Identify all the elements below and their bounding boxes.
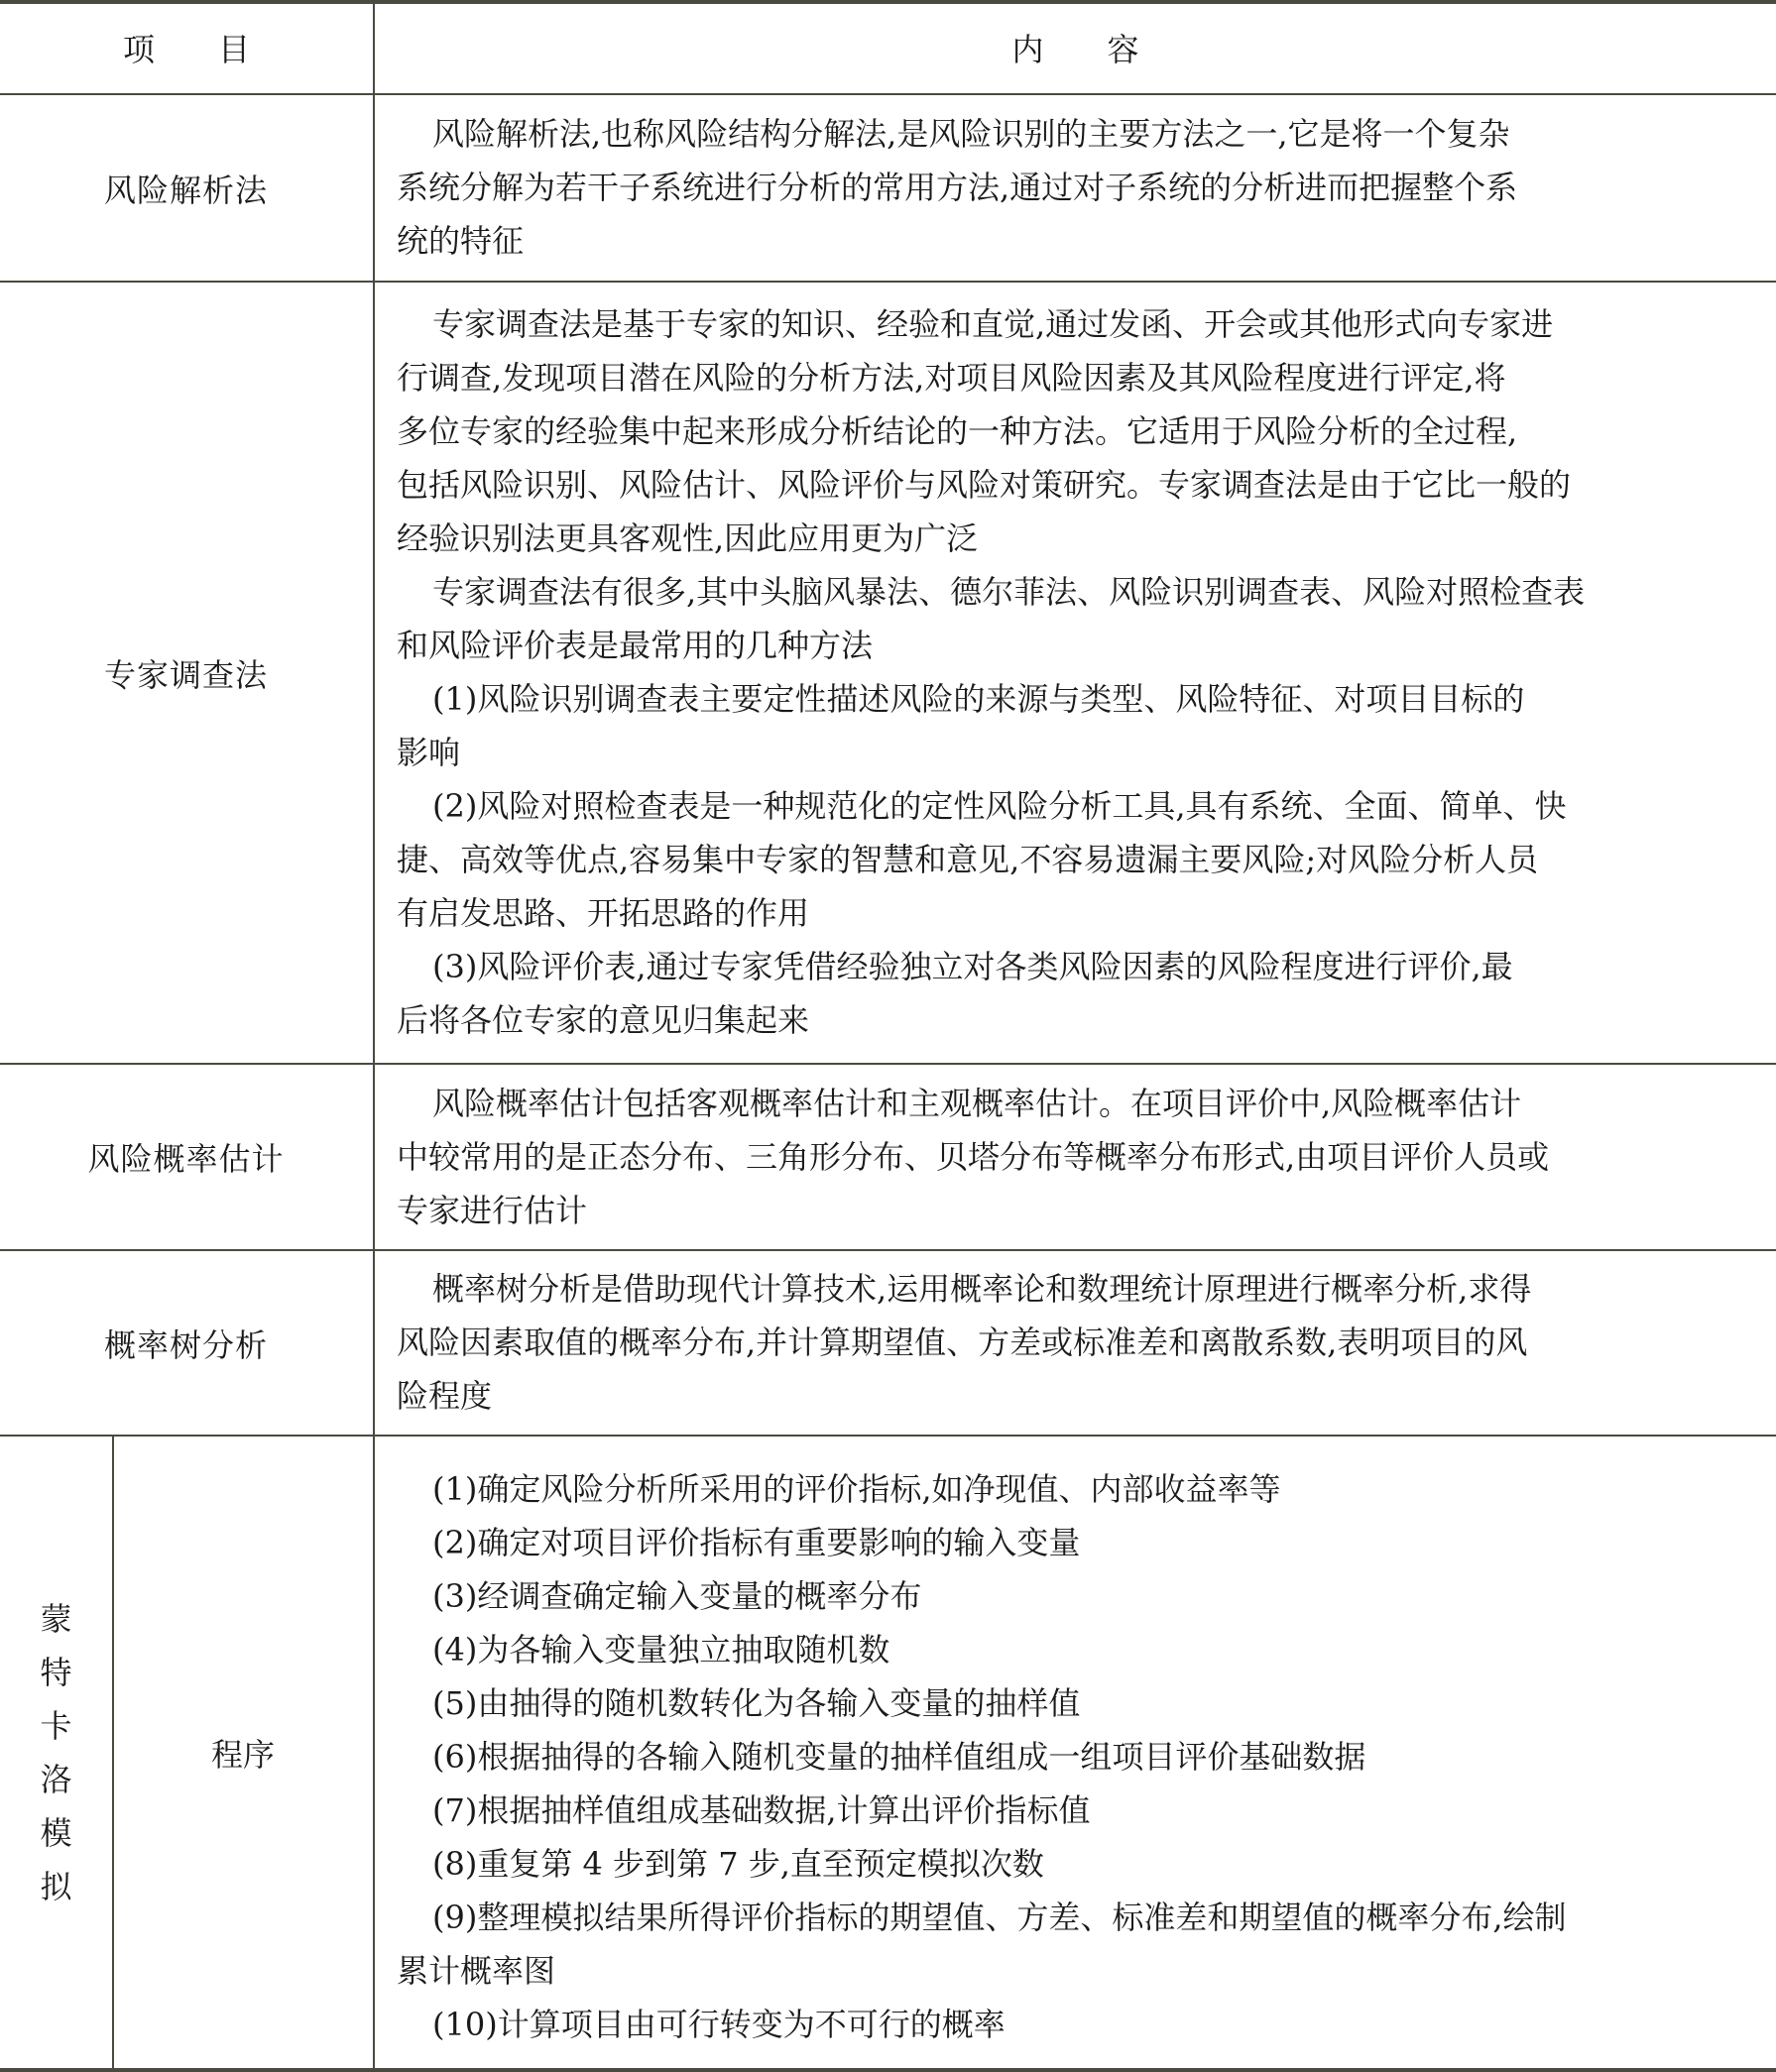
header-content: 内 容 xyxy=(375,0,1776,94)
row-content-risk-decomposition: 风险解析法,也称风险结构分解法,是风险识别的主要方法之一,它是将一个复杂 系统分… xyxy=(397,107,1755,268)
step-item: (1)确定风险分析所采用的评价指标,如净现值、内部收益率等 xyxy=(397,1462,1755,1516)
label-char: 洛 xyxy=(40,1753,71,1806)
row-label-expert-survey: 专家调查法 xyxy=(0,283,372,1063)
text-line: 影响 xyxy=(397,726,1755,779)
table-bottom-border xyxy=(0,2068,1776,2072)
text-line: (2)风险对照检查表是一种规范化的定性风险分析工具,具有系统、全面、简单、快 xyxy=(397,779,1755,833)
text-line: 风险解析法,也称风险结构分解法,是风险识别的主要方法之一,它是将一个复杂 xyxy=(397,107,1755,161)
row-label-risk-decomposition: 风险解析法 xyxy=(0,95,372,281)
row-content-monte-carlo-procedure: (1)确定风险分析所采用的评价指标,如净现值、内部收益率等 (2)确定对项目评价… xyxy=(397,1462,1755,2051)
sub-label-procedure: 程序 xyxy=(114,1437,372,2068)
text-line: 行调查,发现项目潜在风险的分析方法,对项目风险因素及其风险程度进行评定,将 xyxy=(397,351,1755,404)
step-item: (7)根据抽样值组成基础数据,计算出评价指标值 xyxy=(397,1784,1755,1837)
text-line: 险程度 xyxy=(397,1369,1755,1423)
step-item: (4)为各输入变量独立抽取随机数 xyxy=(397,1623,1755,1676)
row-label-risk-probability-estimation: 风险概率估计 xyxy=(0,1065,372,1249)
step-item: (9)整理模拟结果所得评价指标的期望值、方差、标准差和期望值的概率分布,绘制 xyxy=(397,1891,1755,1944)
column-divider xyxy=(373,0,375,2072)
label-char: 拟 xyxy=(40,1860,71,1913)
text-line: 中较常用的是正态分布、三角形分布、贝塔分布等概率分布形式,由项目评价人员或 xyxy=(397,1130,1755,1184)
text-line: 后将各位专家的意见归集起来 xyxy=(397,993,1755,1047)
text-line: (1)风险识别调查表主要定性描述风险的来源与类型、风险特征、对项目目标的 xyxy=(397,672,1755,726)
text-line: 系统分解为若干子系统进行分析的常用方法,通过对子系统的分析进而把握整个系 xyxy=(397,161,1755,214)
row-label-monte-carlo: 蒙 特 卡 洛 模 拟 xyxy=(0,1437,112,2068)
label-char: 卡 xyxy=(40,1699,71,1753)
text-line: 专家进行估计 xyxy=(397,1184,1755,1237)
header-content-label: 内 容 xyxy=(1011,25,1138,70)
text-line: 风险因素取值的概率分布,并计算期望值、方差或标准差和离散系数,表明项目的风 xyxy=(397,1316,1755,1369)
label-char: 模 xyxy=(40,1806,71,1860)
step-item: (2)确定对项目评价指标有重要影响的输入变量 xyxy=(397,1516,1755,1569)
text-line: 统的特征 xyxy=(397,214,1755,268)
row-label-probability-tree: 概率树分析 xyxy=(0,1251,372,1435)
text-line: 多位专家的经验集中起来形成分析结论的一种方法。它适用于风险分析的全过程, xyxy=(397,404,1755,458)
row-content-risk-probability-estimation: 风险概率估计包括客观概率估计和主观概率估计。在项目评价中,风险概率估计 中较常用… xyxy=(397,1077,1755,1237)
text-line: 专家调查法有很多,其中头脑风暴法、德尔菲法、风险识别调查表、风险对照检查表 xyxy=(397,565,1755,619)
header-item: 项 目 xyxy=(0,0,373,94)
step-item: (6)根据抽得的各输入随机变量的抽样值组成一组项目评价基础数据 xyxy=(397,1730,1755,1784)
label-char: 蒙 xyxy=(40,1592,71,1646)
text-line: 有启发思路、开拓思路的作用 xyxy=(397,886,1755,940)
row-content-expert-survey: 专家调查法是基于专家的知识、经验和直觉,通过发函、开会或其他形式向专家进 行调查… xyxy=(397,297,1755,1047)
text-line: 风险概率估计包括客观概率估计和主观概率估计。在项目评价中,风险概率估计 xyxy=(397,1077,1755,1130)
step-item: (8)重复第 4 步到第 7 步,直至预定模拟次数 xyxy=(397,1837,1755,1891)
text-line: 捷、高效等优点,容易集中专家的智慧和意见,不容易遗漏主要风险;对风险分析人员 xyxy=(397,833,1755,886)
step-item: (3)经调查确定输入变量的概率分布 xyxy=(397,1569,1755,1623)
step-item-continuation: 累计概率图 xyxy=(397,1944,1755,1998)
step-item: (10)计算项目由可行转变为不可行的概率 xyxy=(397,1998,1755,2051)
text-line: 专家调查法是基于专家的知识、经验和直觉,通过发函、开会或其他形式向专家进 xyxy=(397,297,1755,351)
text-line: 和风险评价表是最常用的几种方法 xyxy=(397,619,1755,672)
label-char: 特 xyxy=(40,1646,71,1699)
text-line: (3)风险评价表,通过专家凭借经验独立对各类风险因素的风险程度进行评价,最 xyxy=(397,940,1755,993)
step-item: (5)由抽得的随机数转化为各输入变量的抽样值 xyxy=(397,1676,1755,1730)
text-line: 概率树分析是借助现代计算技术,运用概率论和数理统计原理进行概率分析,求得 xyxy=(397,1262,1755,1316)
text-line: 经验识别法更具客观性,因此应用更为广泛 xyxy=(397,512,1755,565)
header-item-label: 项 目 xyxy=(123,25,250,70)
text-line: 包括风险识别、风险估计、风险评价与风险对策研究。专家调查法是由于它比一般的 xyxy=(397,458,1755,512)
row-content-probability-tree: 概率树分析是借助现代计算技术,运用概率论和数理统计原理进行概率分析,求得 风险因… xyxy=(397,1262,1755,1423)
